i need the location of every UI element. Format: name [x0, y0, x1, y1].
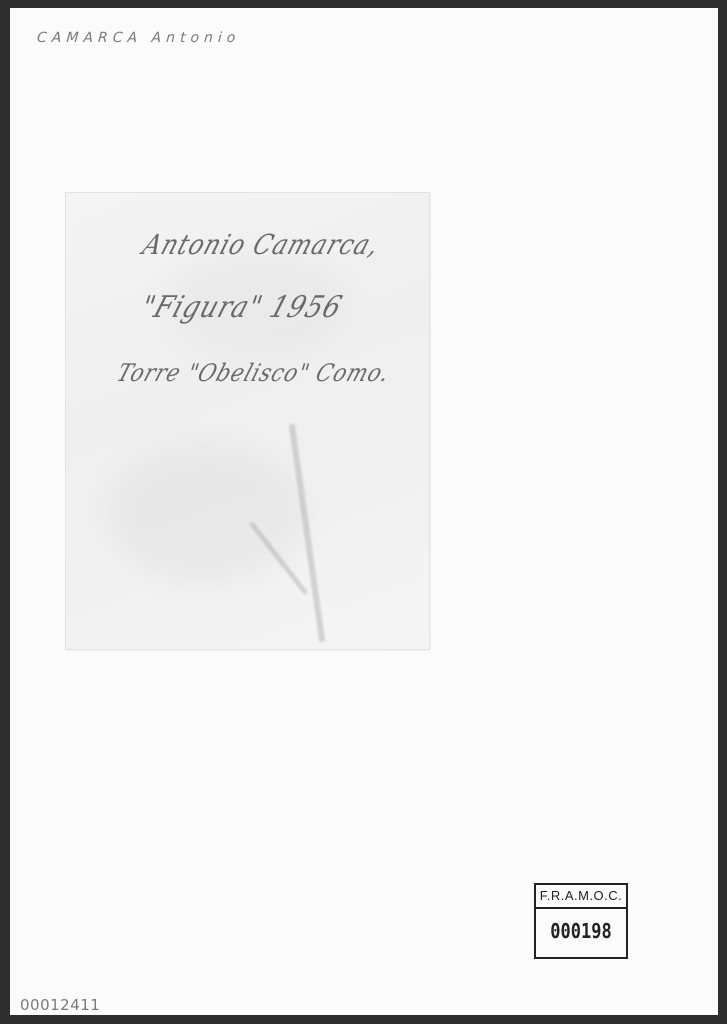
handwritten-line-title: "Figura" 1956	[136, 291, 346, 326]
stamp-number: 000198	[536, 904, 626, 959]
inventory-number: 00012411	[20, 996, 100, 1014]
handwritten-line-location: Torre "Obelisco" Como.	[114, 359, 394, 387]
framoc-stamp: F.R.A.M.O.C. 000198	[534, 883, 628, 959]
photo-back: Antonio Camarca, "Figura" 1956 Torre "Ob…	[66, 193, 429, 649]
handwritten-line-author: Antonio Camarca,	[139, 229, 384, 261]
stain-mark	[106, 443, 306, 583]
archive-name-label: CAMARCA Antonio	[36, 30, 240, 46]
archive-sheet: CAMARCA Antonio Antonio Camarca, "Figura…	[10, 8, 718, 1015]
